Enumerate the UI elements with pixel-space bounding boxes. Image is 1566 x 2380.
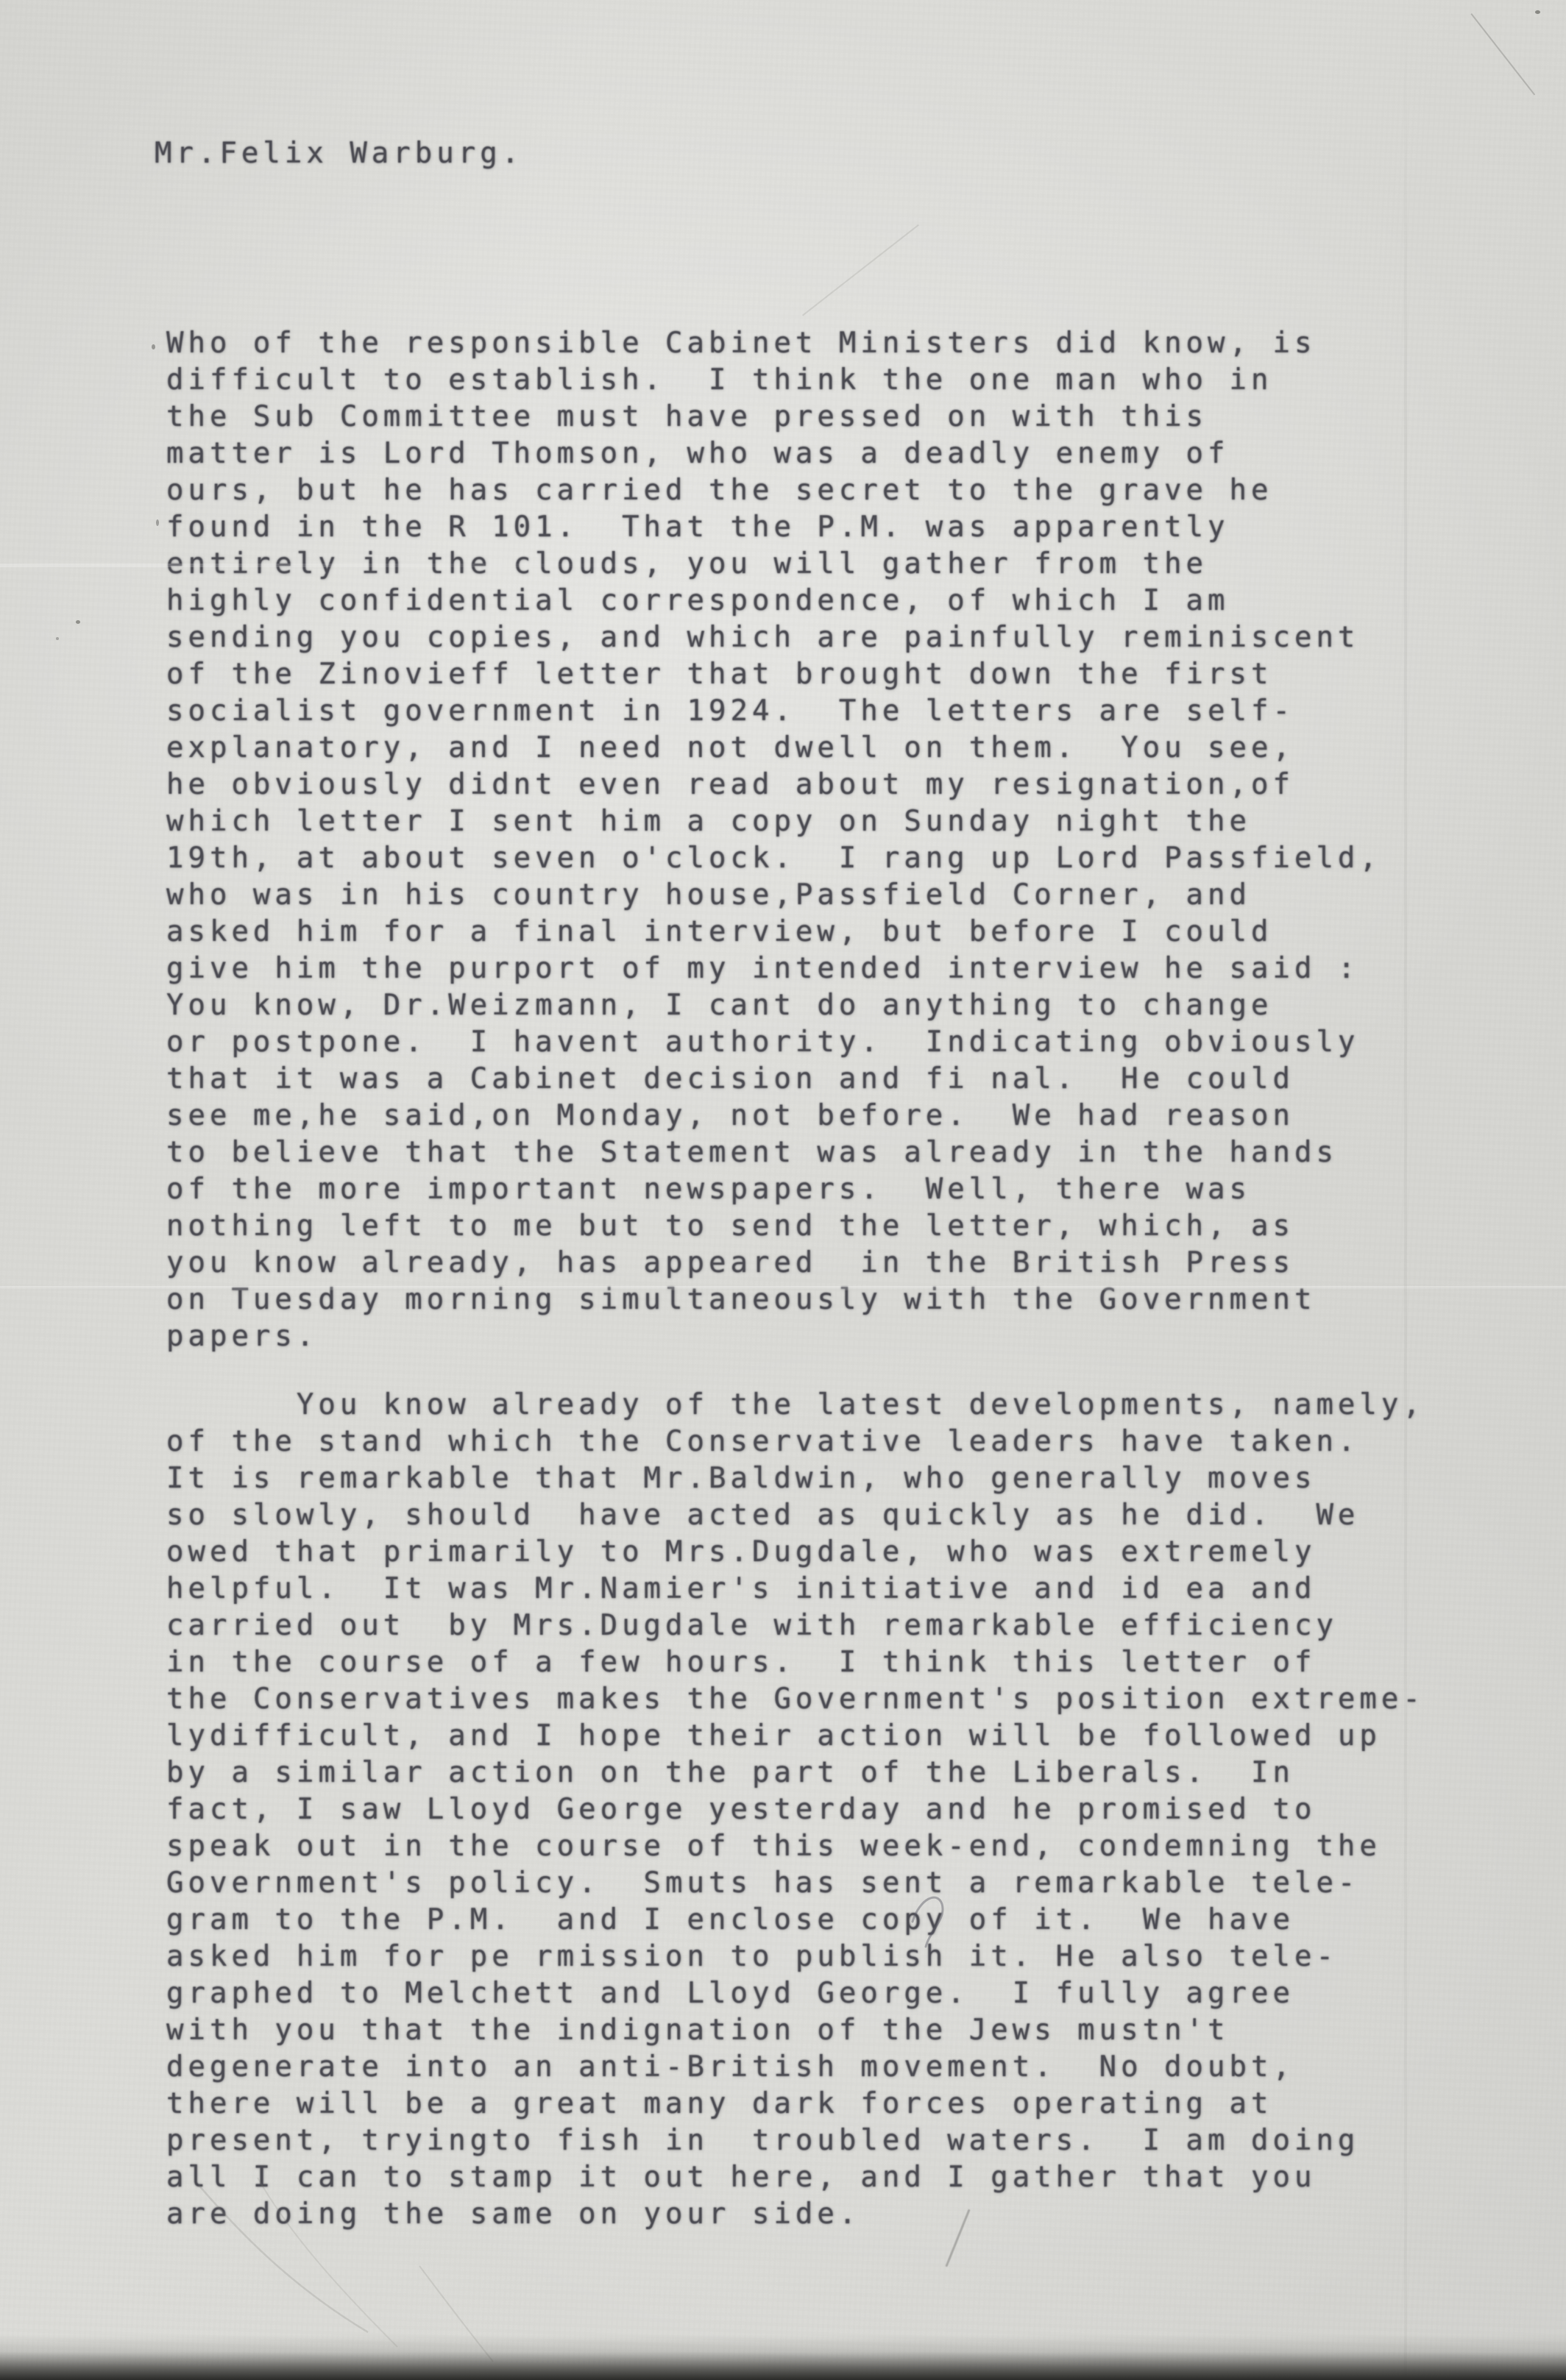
letter-line: entirely in the clouds, you will gather …: [166, 546, 1381, 583]
letter-line: you know already, has appeared in the Br…: [166, 1245, 1381, 1282]
letter-line: 19th, at about seven o'clock. I rang up …: [166, 840, 1381, 877]
letter-line: of the more important newspapers. Well, …: [166, 1171, 1381, 1208]
letter-line: gram to the P.M. and I enclose copy of i…: [166, 1902, 1425, 1939]
letter-line: found in the R 101. That the P.M. was ap…: [166, 509, 1381, 546]
letter-line: graphed to Melchett and Lloyd George. I …: [166, 1975, 1425, 2012]
letter-line: who was in his country house,Passfield C…: [166, 877, 1381, 914]
letter-line: It is remarkable that Mr.Baldwin, who ge…: [166, 1460, 1425, 1497]
letter-line: asked him for pe rmission to publish it.…: [166, 1939, 1425, 1975]
letter-line: are doing the same on your side.: [166, 2196, 1425, 2233]
letter-line: he obviously didnt even read about my re…: [166, 767, 1381, 803]
letter-line: by a similar action on the part of the L…: [166, 1755, 1425, 1791]
letter-line: difficult to establish. I think the one …: [166, 362, 1381, 399]
letter-line: nothing left to me but to send the lette…: [166, 1208, 1381, 1245]
letter-paragraph-2: You know already of the latest developme…: [166, 1387, 1425, 2233]
letter-line: matter is Lord Thomson, who was a deadly…: [166, 436, 1381, 472]
letter-line: the Sub Committee must have pressed on w…: [166, 399, 1381, 436]
letter-line: lydifficult, and I hope their action wil…: [166, 1718, 1425, 1755]
ink-speck: [156, 519, 159, 526]
ink-speck: [76, 620, 80, 624]
letter-line: in the course of a few hours. I think th…: [166, 1644, 1425, 1681]
letter-line: give him the purport of my intended inte…: [166, 951, 1381, 987]
letter-line: owed that primarily to Mrs.Dugdale, who …: [166, 1534, 1425, 1571]
letter-line: carried out by Mrs.Dugdale with remarkab…: [166, 1608, 1425, 1644]
letter-line: so slowly, should have acted as quickly …: [166, 1497, 1425, 1534]
letter-line: degenerate into an anti-British movement…: [166, 2049, 1425, 2086]
letter-line: see me,he said,on Monday, not before. We…: [166, 1098, 1381, 1134]
letter-line: to believe that the Statement was alread…: [166, 1134, 1381, 1171]
ink-speck: [56, 637, 59, 640]
scanned-letter-page: Mr.Felix Warburg. Who of the responsible…: [0, 0, 1566, 2380]
letter-line: highly confidential correspondence, of w…: [166, 583, 1381, 619]
letter-line: papers.: [166, 1318, 1381, 1355]
scanner-edge-shadow: [0, 2334, 1566, 2380]
letter-line: on Tuesday morning simultaneously with t…: [166, 1282, 1381, 1318]
letter-line: socialist government in 1924. The letter…: [166, 693, 1381, 730]
letter-line: or postpone. I havent authority. Indicat…: [166, 1024, 1381, 1061]
letter-line: the Conservatives makes the Government's…: [166, 1681, 1425, 1718]
paper-crease-top-right: [1470, 13, 1535, 96]
ink-speck: [1535, 10, 1540, 14]
letter-line: explanatory, and I need not dwell on the…: [166, 730, 1381, 767]
paper-crease-upper-left: [802, 224, 919, 316]
letter-line: Who of the responsible Cabinet Ministers…: [166, 325, 1381, 362]
letter-line: asked him for a final interview, but bef…: [166, 914, 1381, 951]
letter-paragraph-1: Who of the responsible Cabinet Ministers…: [166, 325, 1381, 1355]
letter-line: ours, but he has carried the secret to t…: [166, 472, 1381, 509]
letter-line: fact, I saw Lloyd George yesterday and h…: [166, 1791, 1425, 1828]
letter-line: with you that the indignation of the Jew…: [166, 2012, 1425, 2049]
letter-line: which letter I sent him a copy on Sunday…: [166, 803, 1381, 840]
letter-line: that it was a Cabinet decision and fi na…: [166, 1061, 1381, 1098]
letter-line: You know already of the latest developme…: [166, 1387, 1425, 1424]
letter-line: You know, Dr.Weizmann, I cant do anythin…: [166, 987, 1381, 1024]
ink-speck: [152, 344, 155, 349]
letter-line: speak out in the course of this week-end…: [166, 1828, 1425, 1865]
letter-line: there will be a great many dark forces o…: [166, 2086, 1425, 2123]
letter-line: Government's policy. Smuts has sent a re…: [166, 1865, 1425, 1902]
recipient-line: Mr.Felix Warburg.: [155, 135, 523, 172]
letter-line: of the Zinovieff letter that brought dow…: [166, 656, 1381, 693]
letter-line: all I can to stamp it out here, and I ga…: [166, 2159, 1425, 2196]
letter-line: of the stand which the Conservative lead…: [166, 1424, 1425, 1460]
letter-line: present, tryingto fish in troubled water…: [166, 2123, 1425, 2159]
letter-line: sending you copies, and which are painfu…: [166, 619, 1381, 656]
letter-line: helpful. It was Mr.Namier's initiative a…: [166, 1571, 1425, 1608]
